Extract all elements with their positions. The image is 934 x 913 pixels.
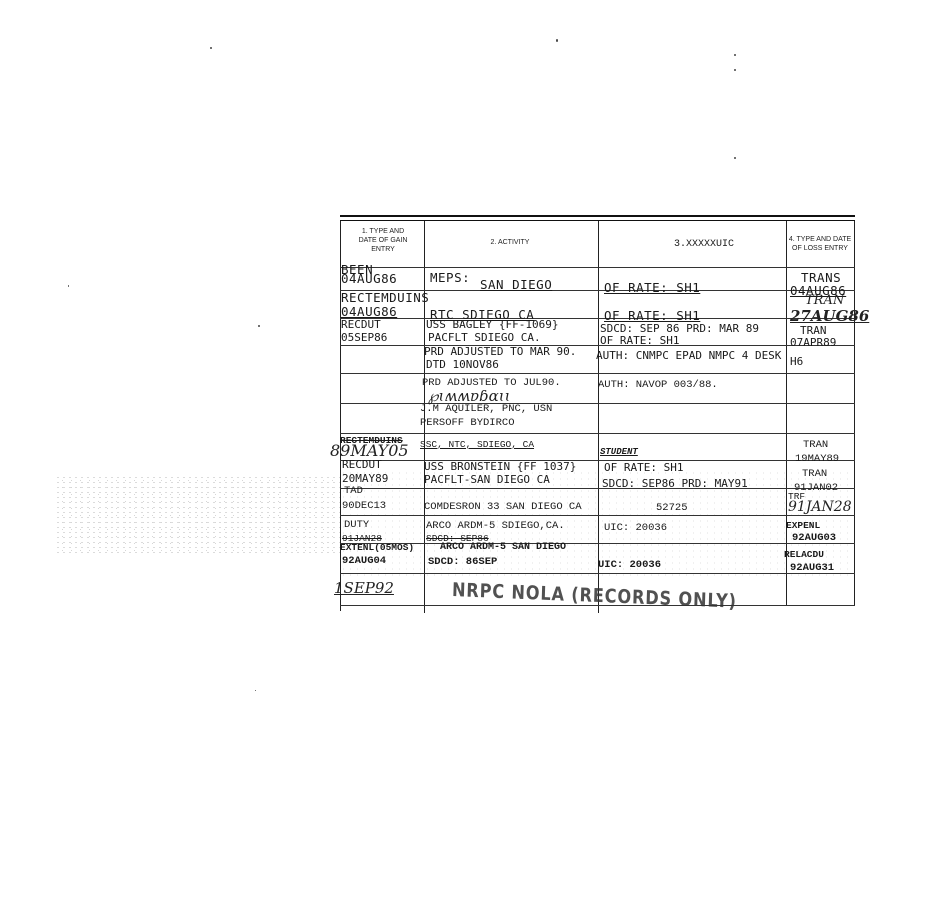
uic-line: OF RATE: SH1 [604,282,700,294]
row-divider [340,318,855,319]
loss-type-handwritten: TRAN [805,293,844,308]
activity-line: J.M AQUILER, PNC, USN [420,403,552,415]
row-divider [340,267,855,268]
service-record-form: 1. TYPE AND DATE OF GAIN ENTRY 2. ACTIVI… [340,215,855,615]
uic-line: 52725 [656,502,688,514]
scan-speck [556,39,558,42]
scan-speck [734,157,736,159]
loss-type: TRAN [802,468,827,480]
uic-line: OF RATE: SH1 [600,335,679,347]
gain-date: 90DEC13 [342,500,386,512]
uic-line: OF RATE: SH1 [604,462,683,474]
scan-speck [255,690,256,691]
activity-line: DTD 10NOV86 [426,359,499,371]
gain-type: EXTENL(05MOS) [340,542,414,554]
row-divider [340,433,855,434]
activity-line: MEPS: [430,272,470,284]
scan-speck [734,54,736,56]
activity-line: SAN DIEGO [480,279,552,291]
activity-line: PERSOFF BYDIRCO [420,417,515,429]
activity-line: USS BAGLEY {FF-1069} [426,319,558,331]
activity-line: COMDESRON 33 SAN DIEGO CA [424,501,582,513]
loss-type: RELACDU [784,549,824,561]
uic-line: SDCD: SEP86 PRD: MAY91 [602,478,748,490]
header-loss-entry: 4. TYPE AND DATE OF LOSS ENTRY [786,235,854,253]
uic-line: AUTH: CNMPC EPAD NMPC 4 DESK [596,350,781,362]
uic-line: OF RATE: SH1 [604,310,700,322]
row-divider [340,543,855,544]
gain-type: TAD [344,485,363,497]
row-divider [340,460,855,461]
loss-date: 92AUG31 [790,562,834,574]
gain-date: 92AUG04 [342,555,386,567]
gain-type: DUTY [344,519,369,531]
column-divider [598,221,599,613]
header-uic: 3.XXXXXUIC [674,239,734,251]
activity-line: SSC, NTC, SDIEGO, CA [420,439,534,451]
loss-date: 19MAY89 [795,453,839,465]
activity-line: PRD ADJUSTED TO MAR 90. [424,346,576,358]
activity-line: PACFLT-SAN DIEGO CA [424,474,550,486]
row-divider [340,373,855,374]
gain-date: 05SEP86 [341,332,387,344]
column-divider [854,221,855,606]
scan-speck [258,325,260,327]
row-divider [340,573,855,574]
header-gain-entry: 1. TYPE AND DATE OF GAIN ENTRY [354,227,412,254]
row-divider [340,515,855,516]
uic-line: UIC: 20036 [604,522,667,534]
uic-line: UIC: 20036 [598,559,661,571]
activity-line: USS BRONSTEIN {FF 1037} [424,461,576,473]
loss-date-handwritten: 27AUG86 [790,307,869,325]
activity-line: PACFLT SDIEGO CA. [428,332,541,344]
scan-speck [68,285,69,287]
loss-date: 07APR89 [790,337,836,349]
top-rule [340,215,855,217]
gain-date-handwritten: 1SEP92 [334,579,394,597]
activity-line: ARCO ARDM-5 SDIEGO,CA. [426,520,565,532]
loss-type: EXPENL [786,520,820,532]
gain-date: 20MAY89 [342,473,388,485]
row-divider [340,403,855,404]
loss-date: 92AUG03 [792,532,836,544]
uic-line: STUDENT [600,446,638,458]
gain-type: RECDUT [341,319,381,331]
scan-noise [55,475,340,555]
activity-line: ARCO ARDM-5 SAN DIEGO [440,542,566,554]
activity-line: SDCD: 86SEP [428,556,497,568]
gain-type: RECTEMDUINS [341,292,429,304]
scan-speck [210,47,212,49]
records-stamp: NRPC NOLA (RECORDS ONLY) [452,579,737,613]
header-activity: 2. ACTIVITY [440,238,580,247]
loss-date-handwritten: 91JAN28 [788,499,852,515]
gain-type: RECDUT [342,459,382,471]
uic-line: AUTH: NAVOP 003/88. [598,379,718,391]
gain-date: 04AUG86 [341,273,397,285]
row-divider [340,488,855,489]
loss-note: H6 [790,356,803,368]
gain-date: 04AUG86 [341,306,397,318]
loss-type: TRAN [803,439,828,451]
row-divider [340,345,855,346]
scan-speck [734,69,736,71]
